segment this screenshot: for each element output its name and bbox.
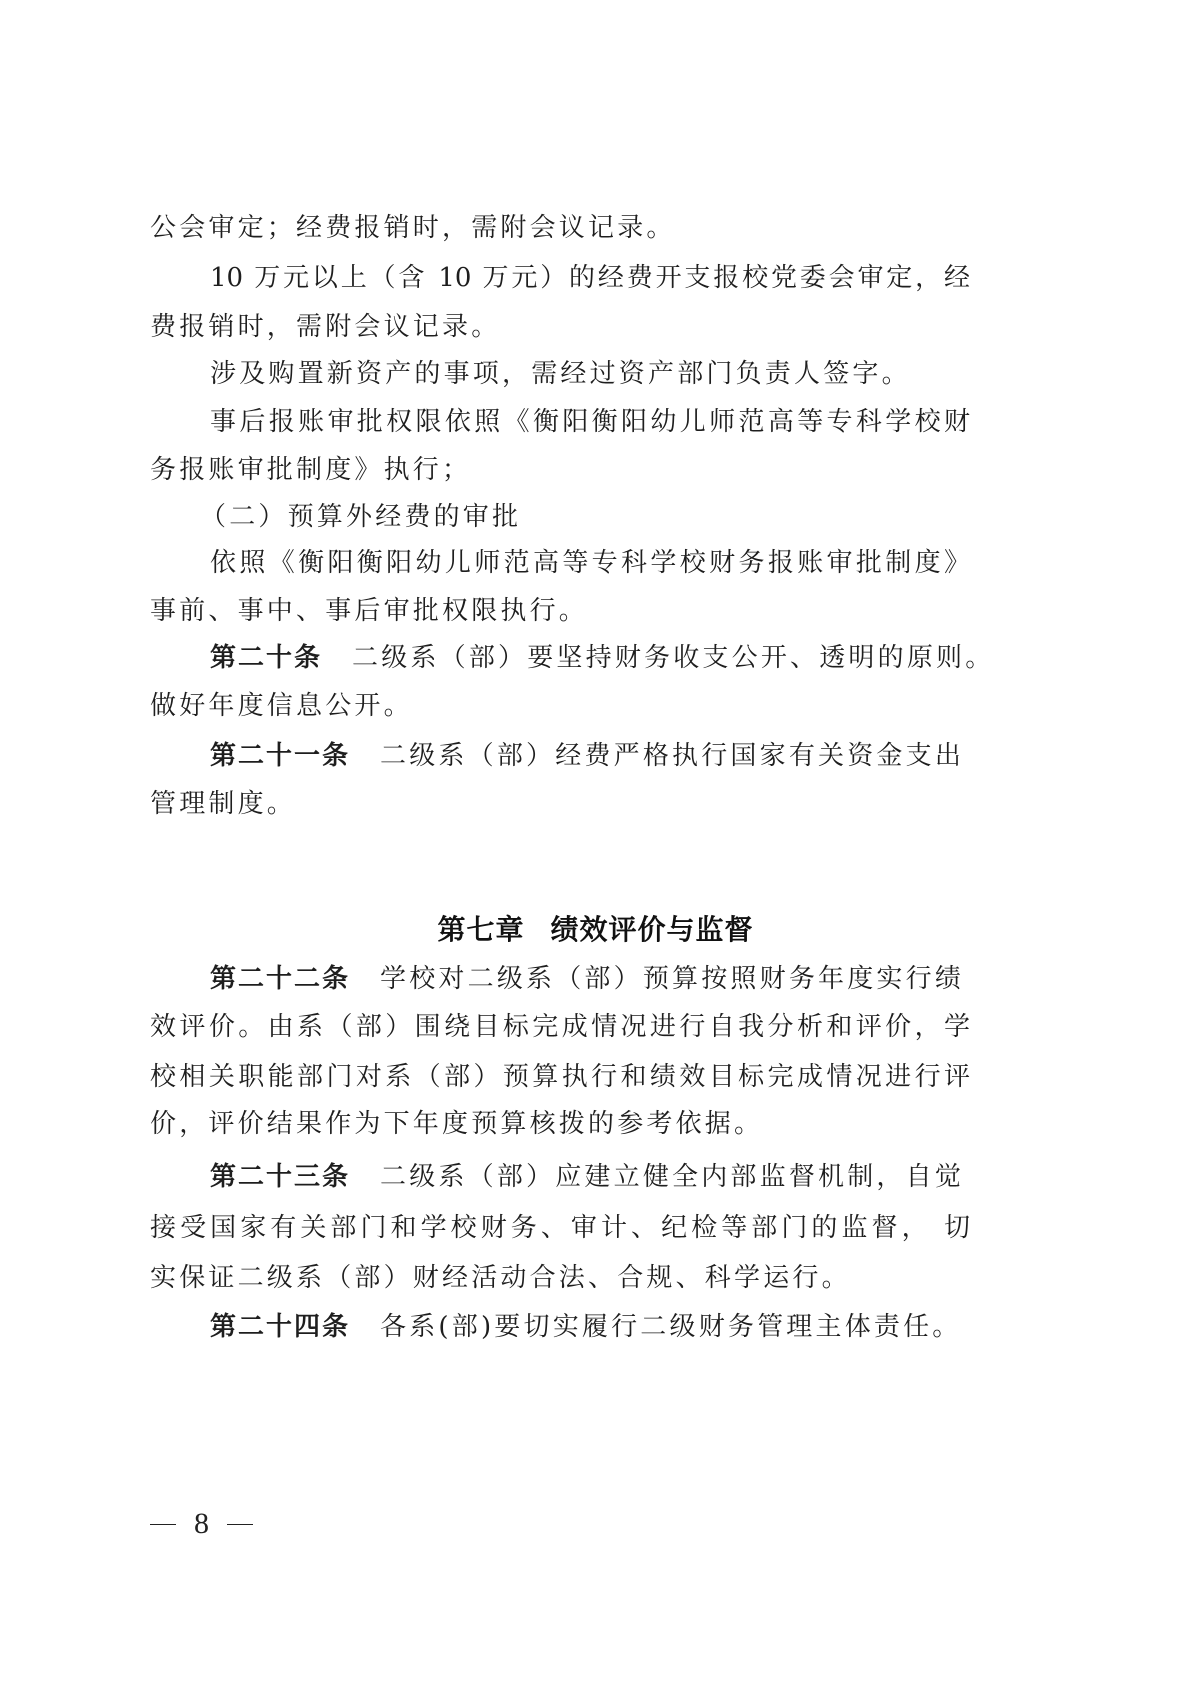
em-dash-right (227, 1524, 253, 1526)
chapter-number: 第七章 (437, 913, 524, 946)
article-label: 第二十一条 (210, 741, 350, 771)
paragraph-line: 事前、事中、事后审批权限执行。 (150, 594, 970, 628)
paragraph-line: 效评价。由系（部）围绕目标完成情况进行自我分析和评价，学 (150, 1010, 970, 1044)
paragraph-line: 10 万元以上（含 10 万元）的经费开支报校党委会审定，经 (210, 261, 970, 295)
chapter-heading: 第七章绩效评价与监督 (0, 912, 1191, 948)
article-label: 第二十条 (210, 643, 322, 673)
article-24: 第二十四条各系(部)要切实履行二级财务管理主体责任。 (210, 1310, 970, 1344)
article-label: 第二十四条 (210, 1312, 350, 1342)
paragraph-line: 做好年度信息公开。 (150, 689, 970, 723)
chapter-title: 绩效评价与监督 (551, 913, 754, 946)
article-22: 第二十二条学校对二级系（部）预算按照财务年度实行绩 (210, 962, 970, 996)
paragraph-line: 价，评价结果作为下年度预算核拨的参考依据。 (150, 1107, 970, 1141)
paragraph-line: 涉及购置新资产的事项，需经过资产部门负责人签字。 (210, 357, 970, 391)
article-23: 第二十三条二级系（部）应建立健全内部监督机制，自觉 (210, 1160, 970, 1194)
article-20: 第二十条二级系（部）要坚持财务收支公开、透明的原则。 (210, 641, 970, 675)
em-dash-left (150, 1524, 176, 1526)
paragraph-line: 依照《衡阳衡阳幼儿师范高等专科学校财务报账审批制度》 (210, 546, 970, 580)
paragraph-line: 事后报账审批权限依照《衡阳衡阳幼儿师范高等专科学校财 (210, 405, 970, 439)
paragraph-line: 费报销时，需附会议记录。 (150, 310, 970, 344)
paragraph-line: 公会审定；经费报销时，需附会议记录。 (150, 211, 970, 245)
article-label: 第二十二条 (210, 964, 350, 994)
article-text: 二级系（部）要坚持财务收支公开、透明的原则。 (352, 643, 994, 673)
article-21: 第二十一条二级系（部）经费严格执行国家有关资金支出 (210, 739, 970, 773)
article-text: 二级系（部）应建立健全内部监督机制，自觉 (380, 1162, 964, 1192)
paragraph-line: 务报账审批制度》执行； (150, 453, 970, 487)
paragraph-line: 接受国家有关部门和学校财务、审计、纪检等部门的监督， 切 (150, 1211, 970, 1245)
article-text: 二级系（部）经费严格执行国家有关资金支出 (380, 741, 964, 771)
document-page: 公会审定；经费报销时，需附会议记录。 10 万元以上（含 10 万元）的经费开支… (0, 0, 1191, 1684)
page-number-footer: 8 (150, 1506, 253, 1542)
paragraph-line: 校相关职能部门对系（部）预算执行和绩效目标完成情况进行评 (150, 1060, 970, 1094)
paragraph-line: 实保证二级系（部）财经活动合法、合规、科学运行。 (150, 1261, 970, 1295)
paragraph-line: 管理制度。 (150, 787, 970, 821)
section-subheading: （二）预算外经费的审批 (200, 500, 1020, 534)
page-number: 8 (194, 1506, 209, 1542)
article-label: 第二十三条 (210, 1162, 350, 1192)
article-text: 各系(部)要切实履行二级财务管理主体责任。 (380, 1312, 962, 1342)
article-text: 学校对二级系（部）预算按照财务年度实行绩 (380, 964, 964, 994)
